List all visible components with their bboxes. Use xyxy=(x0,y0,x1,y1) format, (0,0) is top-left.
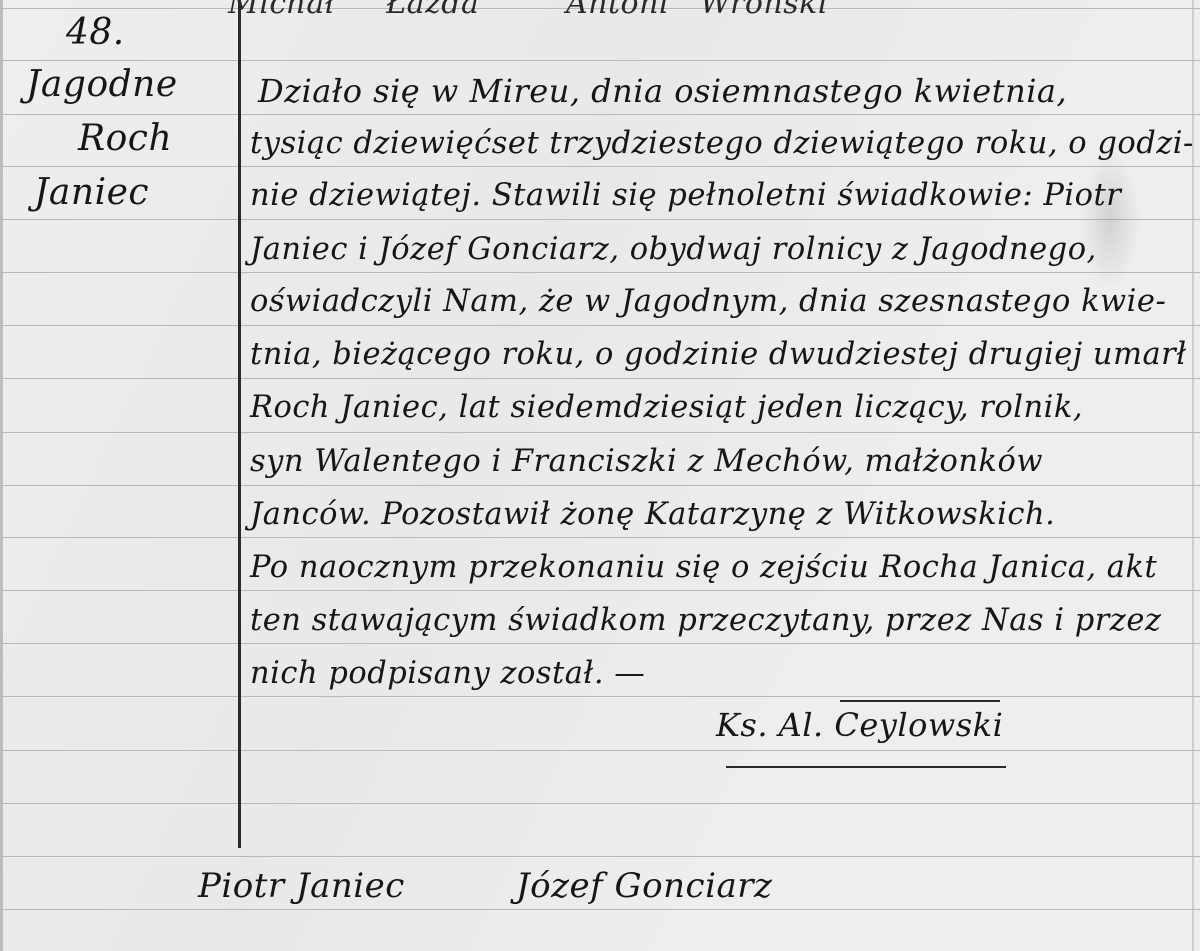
body-line: Janiec i Józef Gonciarz, obydwaj rolnicy… xyxy=(250,232,1190,267)
ruled-line xyxy=(0,537,1200,538)
priest-signature: Ks. Al. Ceylowski xyxy=(716,706,1003,744)
ruled-line xyxy=(0,803,1200,804)
ruled-line xyxy=(0,590,1200,591)
page-left-edge xyxy=(0,0,3,951)
body-line: Roch Janiec, lat siedemdziesiąt jeden li… xyxy=(250,390,1190,425)
ink-stain xyxy=(1080,150,1140,290)
register-page: Michał Łazda Antoni Wronski 48. Jagodne … xyxy=(0,0,1200,951)
header-fragment: Łazda xyxy=(386,0,479,21)
signature-underline xyxy=(726,766,1006,768)
body-line: oświadczyli Nam, że w Jagodnym, dnia sze… xyxy=(250,284,1190,319)
ruled-line xyxy=(0,643,1200,644)
header-fragment: Wronski xyxy=(700,0,828,21)
margin-rule xyxy=(238,0,241,848)
body-line: syn Walentego i Franciszki z Mechów, mał… xyxy=(250,444,1190,479)
header-fragment: Michał xyxy=(228,0,335,21)
margin-village: Jagodne xyxy=(26,64,178,105)
ruled-line xyxy=(0,114,1200,115)
entry-number: 48. xyxy=(66,12,125,53)
ruled-line xyxy=(0,909,1200,910)
body-line: ten stawającym świadkom przeczytany, prz… xyxy=(250,603,1190,638)
ruled-line xyxy=(0,485,1200,486)
body-line: nich podpisany został. — xyxy=(250,656,1190,691)
body-line: Janców. Pozostawił żonę Katarzynę z Witk… xyxy=(250,497,1190,532)
ruled-line xyxy=(0,378,1200,379)
ruled-line xyxy=(0,750,1200,751)
body-line: nie dziewiątej. Stawili się pełnoletni ś… xyxy=(250,178,1190,213)
ruled-line xyxy=(0,432,1200,433)
ruled-line xyxy=(0,219,1200,220)
ruled-line xyxy=(0,325,1200,326)
witness-signature: Józef Gonciarz xyxy=(516,866,772,906)
ruled-line xyxy=(0,166,1200,167)
body-line: Działo się w Mireu, dnia osiemnastego kw… xyxy=(258,72,1198,110)
margin-given-name: Roch xyxy=(78,118,172,159)
body-line: tysiąc dziewięćset trzydziestego dziewią… xyxy=(250,126,1190,161)
witness-signature: Piotr Janiec xyxy=(198,866,405,906)
body-line: Po naocznym przekonaniu się o zejściu Ro… xyxy=(250,550,1190,585)
ruled-line xyxy=(0,856,1200,857)
ruled-line xyxy=(0,272,1200,273)
ruled-line xyxy=(0,696,1200,697)
header-fragment: Antoni xyxy=(566,0,669,21)
ruled-line xyxy=(0,60,1200,61)
margin-surname: Janiec xyxy=(34,172,149,213)
body-line: tnia, bieżącego roku, o godzinie dwudzie… xyxy=(250,337,1190,372)
signature-overline xyxy=(840,700,1000,702)
